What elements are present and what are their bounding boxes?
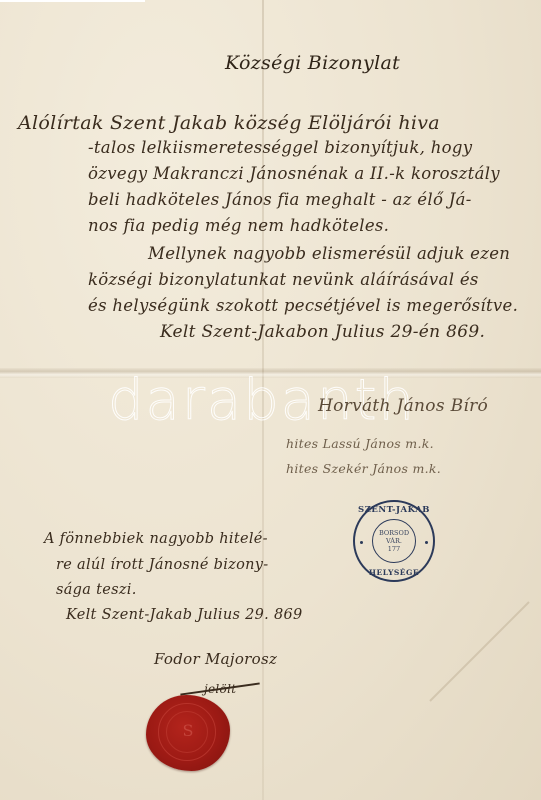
body-line-6: Mellynek nagyobb elismerésül adjuk ezen [148, 244, 510, 263]
stamp-center: BORSOD VÁR. 177 [372, 519, 416, 563]
stamp-center-line-3: 177 [388, 545, 400, 553]
paper-edge [0, 0, 145, 2]
village-stamp: SZENT-JAKAB BORSOD VÁR. 177 HELYSÉGE [353, 500, 435, 582]
note-line-2: re alúl írott Jánosné bizony- [56, 557, 268, 573]
body-line-2: -talos lelkiismeretességgel bizonyítjuk,… [88, 138, 472, 157]
document-title: Községi Bizonylat [225, 52, 400, 74]
stamp-dot-right [425, 541, 428, 544]
stamp-center-line-1: BORSOD [379, 529, 409, 537]
stamp-top-text: SZENT-JAKAB [355, 505, 433, 515]
document-page: Községi Bizonylat Alólírtak Szent Jakab … [0, 0, 541, 800]
body-line-4: beli hadköteles János fia meghalt - az é… [88, 190, 472, 209]
note-line-3: sága teszi. [56, 582, 137, 598]
signature-juror-1: hites Lassú János m.k. [286, 436, 434, 451]
wax-seal: S [146, 695, 230, 771]
stamp-center-line-2: VÁR. [386, 537, 402, 545]
stamp-bottom-text: HELYSÉGE [355, 568, 433, 577]
signature-juror-2: hites Szekér János m.k. [286, 461, 441, 476]
corner-crease [429, 601, 529, 701]
body-line-3: özvegy Makranczi Jánosnénak a II.-k koro… [88, 164, 500, 183]
note-signature: Fodor Majorosz [154, 650, 277, 668]
body-line-5: nos fia pedig még nem hadköteles. [88, 216, 389, 235]
date-line: Kelt Szent-Jakabon Julius 29-én 869. [160, 322, 485, 342]
seal-emblem-icon: S [146, 721, 230, 740]
body-line-8: és helységünk szokott pecsétjével is meg… [88, 296, 518, 315]
note-date-line: Kelt Szent-Jakab Julius 29. 869 [66, 607, 303, 623]
note-line-1: A fönnebbiek nagyobb hitelé- [44, 531, 268, 547]
body-line-1: Alólírtak Szent Jakab község Elöljárói h… [18, 112, 440, 134]
body-line-7: községi bizonylatunkat nevünk aláírásáva… [88, 270, 479, 289]
signature-mayor: Horváth János Bíró [318, 396, 488, 416]
stamp-dot-left [360, 541, 363, 544]
